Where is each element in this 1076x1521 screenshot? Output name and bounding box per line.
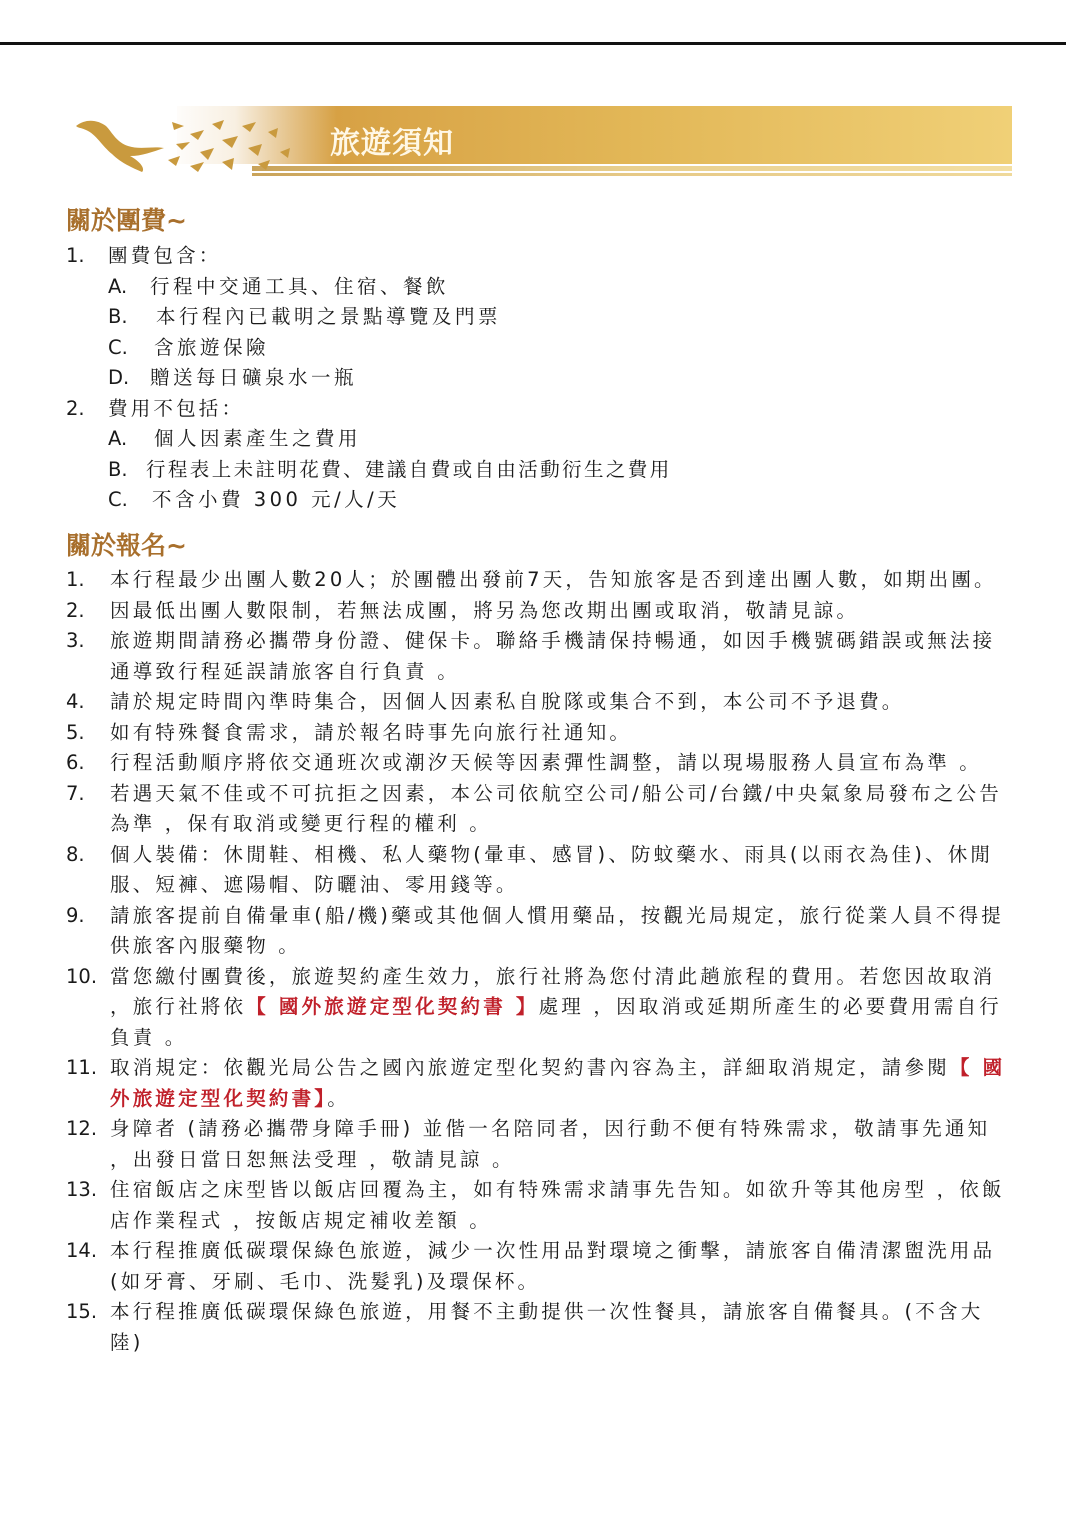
item-number: 4. bbox=[66, 687, 85, 718]
sub-item-text: 行程中交通工具、住宿、餐飲 bbox=[150, 275, 449, 298]
item-text: 行程活動順序將依交通班次或潮汐天候等因素彈性調整，請以現場服務人員宣布為準 。 bbox=[110, 748, 1016, 779]
sub-item-text: 本行程內已載明之景點導覽及門票 bbox=[150, 305, 501, 328]
item-text: 本行程推廣低碳環保綠色旅遊，減少一次性用品對環境之衝擊，請旅客自備清潔盥洗用品(… bbox=[110, 1236, 1016, 1297]
banner-underline bbox=[252, 166, 1012, 171]
list-item: 6.行程活動順序將依交通班次或潮汐天候等因素彈性調整，請以現場服務人員宣布為準 … bbox=[66, 748, 1016, 779]
item-text: 若遇天氣不佳或不可抗拒之因素，本公司依航空公司/船公司/台鐵/中央氣象局發布之公… bbox=[110, 779, 1016, 840]
item-number: 9. bbox=[66, 901, 85, 932]
item-text: 如有特殊餐食需求，請於報名時事先向旅行社通知。 bbox=[110, 718, 1016, 749]
list-item: 12.身障者 (請務必攜帶身障手冊) 並偕一名陪同者，因行動不便有特殊需求，敬請… bbox=[66, 1114, 1016, 1175]
item-number: 14. bbox=[66, 1236, 97, 1267]
item-number: 1. bbox=[66, 565, 85, 596]
list-item: 1.本行程最少出團人數20人；於團體出發前7天，告知旅客是否到達出團人數，如期出… bbox=[66, 565, 1016, 596]
fees-excluded-sublist: A.個人因素產生之費用 B.行程表上未註明花費、建議自費或自由活動衍生之費用 C… bbox=[108, 424, 672, 516]
item-number: 6. bbox=[66, 748, 85, 779]
item-number: 2. bbox=[66, 596, 85, 627]
bird-logo-icon bbox=[72, 112, 302, 180]
sub-item-label: B. bbox=[108, 302, 128, 333]
section-title-fees: 關於團費~ bbox=[66, 203, 187, 239]
sub-item-label: A. bbox=[108, 272, 127, 303]
sub-item: C.含旅遊保險 bbox=[108, 333, 672, 364]
item-number: 5. bbox=[66, 718, 85, 749]
list-item: 7.若遇天氣不佳或不可抗拒之因素，本公司依航空公司/船公司/台鐵/中央氣象局發布… bbox=[66, 779, 1016, 840]
list-item: 2. 費用不包括： bbox=[66, 394, 672, 425]
list-item: 2.因最低出團人數限制，若無法成團，將另為您改期出團或取消，敬請見諒。 bbox=[66, 596, 1016, 627]
fees-list: 1. 團費包含： A.行程中交通工具、住宿、餐飲 B.本行程內已載明之景點導覽及… bbox=[66, 241, 672, 516]
list-item: 4.請於規定時間內準時集合，因個人因素私自脫隊或集合不到，本公司不予退費。 bbox=[66, 687, 1016, 718]
item-text-before: 取消規定：依觀光局公告之國內旅遊定型化契約書內容為主，詳細取消規定，請參閱 bbox=[110, 1056, 950, 1079]
section-title-registration: 關於報名~ bbox=[66, 528, 187, 564]
sub-item: A.行程中交通工具、住宿、餐飲 bbox=[108, 272, 672, 303]
item-text: 取消規定：依觀光局公告之國內旅遊定型化契約書內容為主，詳細取消規定，請參閱【 國… bbox=[110, 1053, 1016, 1114]
banner-title: 旅遊須知 bbox=[330, 118, 454, 162]
item-text: 費用不包括： bbox=[108, 397, 244, 420]
item-text: 身障者 (請務必攜帶身障手冊) 並偕一名陪同者，因行動不便有特殊需求，敬請事先通… bbox=[110, 1114, 1016, 1175]
list-item: 1. 團費包含： bbox=[66, 241, 672, 272]
item-number: 13. bbox=[66, 1175, 97, 1206]
list-item: 14.本行程推廣低碳環保綠色旅遊，減少一次性用品對環境之衝擊，請旅客自備清潔盥洗… bbox=[66, 1236, 1016, 1297]
item-text-after: 。 bbox=[327, 1087, 350, 1110]
list-item: 9.請旅客提前自備暈車(船/機)藥或其他個人慣用藥品，按觀光局規定，旅行從業人員… bbox=[66, 901, 1016, 962]
top-divider bbox=[0, 42, 1066, 45]
sub-item-label: A. bbox=[108, 424, 127, 455]
item-text: 請於規定時間內準時集合，因個人因素私自脫隊或集合不到，本公司不予退費。 bbox=[110, 687, 1016, 718]
contract-link[interactable]: 【 國外旅遊定型化契約書 】 bbox=[246, 995, 538, 1018]
item-text: 本行程推廣低碳環保綠色旅遊，用餐不主動提供一次性餐具，請旅客自備餐具。(不含大陸… bbox=[110, 1297, 1016, 1358]
sub-item-label: C. bbox=[108, 333, 128, 364]
item-number: 1. bbox=[66, 241, 85, 272]
sub-item: B.本行程內已載明之景點導覽及門票 bbox=[108, 302, 672, 333]
list-item: 13.住宿飯店之床型皆以飯店回覆為主，如有特殊需求請事先告知。如欲升等其他房型 … bbox=[66, 1175, 1016, 1236]
item-text: 請旅客提前自備暈車(船/機)藥或其他個人慣用藥品，按觀光局規定，旅行從業人員不得… bbox=[110, 901, 1016, 962]
sub-item-label: D. bbox=[108, 363, 129, 394]
item-number: 10. bbox=[66, 962, 97, 993]
item-number: 3. bbox=[66, 626, 85, 657]
sub-item-text: 贈送每日礦泉水一瓶 bbox=[150, 366, 357, 389]
sub-item: D.贈送每日礦泉水一瓶 bbox=[108, 363, 672, 394]
item-number: 2. bbox=[66, 394, 85, 425]
item-number: 12. bbox=[66, 1114, 97, 1145]
sub-item: B.行程表上未註明花費、建議自費或自由活動衍生之費用 bbox=[108, 455, 672, 486]
item-number: 7. bbox=[66, 779, 85, 810]
sub-item-text: 個人因素產生之費用 bbox=[150, 427, 361, 450]
item-text: 個人裝備：休閒鞋、相機、私人藥物(暈車、感冒)、防蚊藥水、雨具(以雨衣為佳)、休… bbox=[110, 840, 1016, 901]
sub-item-label: C. bbox=[108, 485, 128, 516]
sub-item-text: 行程表上未註明花費、建議自費或自由活動衍生之費用 bbox=[146, 458, 672, 481]
item-text: 旅遊期間請務必攜帶身份證、健保卡。聯絡手機請保持暢通，如因手機號碼錯誤或無法接通… bbox=[110, 626, 1016, 687]
list-item: 5.如有特殊餐食需求，請於報名時事先向旅行社通知。 bbox=[66, 718, 1016, 749]
item-text: 住宿飯店之床型皆以飯店回覆為主，如有特殊需求請事先告知。如欲升等其他房型 ，依飯… bbox=[110, 1175, 1016, 1236]
sub-item-text: 不含小費 300 元/人/天 bbox=[150, 488, 400, 511]
item-text: 當您繳付團費後，旅遊契約產生效力，旅行社將為您付清此趟旅程的費用。若您因故取消 … bbox=[110, 962, 1016, 1054]
section-banner: 旅遊須知 bbox=[72, 104, 1012, 180]
sub-item: A.個人因素產生之費用 bbox=[108, 424, 672, 455]
list-item: 8.個人裝備：休閒鞋、相機、私人藥物(暈車、感冒)、防蚊藥水、雨具(以雨衣為佳)… bbox=[66, 840, 1016, 901]
sub-item-text: 含旅遊保險 bbox=[150, 336, 269, 359]
registration-list: 1.本行程最少出團人數20人；於團體出發前7天，告知旅客是否到達出團人數，如期出… bbox=[66, 565, 1016, 1358]
item-number: 15. bbox=[66, 1297, 97, 1328]
sub-item: C.不含小費 300 元/人/天 bbox=[108, 485, 672, 516]
item-text: 因最低出團人數限制，若無法成團，將另為您改期出團或取消，敬請見諒。 bbox=[110, 596, 1016, 627]
item-text: 本行程最少出團人數20人；於團體出發前7天，告知旅客是否到達出團人數，如期出團。 bbox=[110, 565, 1016, 596]
list-item: 11.取消規定：依觀光局公告之國內旅遊定型化契約書內容為主，詳細取消規定，請參閱… bbox=[66, 1053, 1016, 1114]
item-number: 8. bbox=[66, 840, 85, 871]
list-item: 15.本行程推廣低碳環保綠色旅遊，用餐不主動提供一次性餐具，請旅客自備餐具。(不… bbox=[66, 1297, 1016, 1358]
banner-underline-2 bbox=[252, 173, 1012, 176]
sub-item-label: B. bbox=[108, 455, 128, 486]
fees-included-sublist: A.行程中交通工具、住宿、餐飲 B.本行程內已載明之景點導覽及門票 C.含旅遊保… bbox=[108, 272, 672, 394]
list-item: 3.旅遊期間請務必攜帶身份證、健保卡。聯絡手機請保持暢通，如因手機號碼錯誤或無法… bbox=[66, 626, 1016, 687]
item-text: 團費包含： bbox=[108, 244, 222, 267]
list-item: 10.當您繳付團費後，旅遊契約產生效力，旅行社將為您付清此趟旅程的費用。若您因故… bbox=[66, 962, 1016, 1054]
item-number: 11. bbox=[66, 1053, 97, 1084]
